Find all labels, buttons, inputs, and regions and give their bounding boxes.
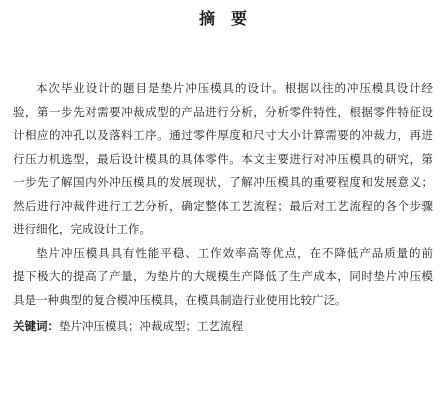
keywords-label: 关键词： <box>13 321 59 333</box>
page-content: 摘 要 本次毕业设计的题目是垫片冲压模具的设计。根据以往的冲压模具设计经 验，第… <box>0 0 446 340</box>
abstract-paragraph-1: 本次毕业设计的题目是垫片冲压模具的设计。根据以往的冲压模具设计经 验，第一步先对… <box>13 78 433 243</box>
keywords-line: 关键词：垫片冲压模具；冲裁成型；工艺流程 <box>13 316 433 340</box>
abstract-body: 本次毕业设计的题目是垫片冲压模具的设计。根据以往的冲压模具设计经 验，第一步先对… <box>13 78 433 340</box>
paragraph-line: 验，第一步先对需要冲裁成型的产品进行分析，分析零件特性，根据零件特征设 <box>13 102 433 126</box>
paragraph-line: 一步先了解国内外冲压模具的发展现状，了解冲压模具的重要程度和发展意义； <box>13 172 433 196</box>
paragraph-line: 行压力机选型，最后设计模具的具体零件。本文主要进行对冲压模具的研究，第 <box>13 149 433 173</box>
abstract-page: 摘 要 本次毕业设计的题目是垫片冲压模具的设计。根据以往的冲压模具设计经 验，第… <box>0 0 446 407</box>
paragraph-line: 提下极大的提高了产量，为垫片的大规模生产降低了生产成本，同时垫片冲压模 <box>13 266 433 290</box>
keywords-text: 垫片冲压模具；冲裁成型；工艺流程 <box>59 321 243 333</box>
paragraph-line: 进行细化，完成设计工作。 <box>13 219 433 243</box>
paragraph-line: 具是一种典型的复合模冲压模具，在模具制造行业使用比较广泛。 <box>13 290 433 314</box>
abstract-paragraph-2: 垫片冲压模具具有性能平稳、工作效率高等优点，在不降低产品质量的前 提下极大的提高… <box>13 243 433 314</box>
paragraph-line: 垫片冲压模具具有性能平稳、工作效率高等优点，在不降低产品质量的前 <box>13 243 433 267</box>
paragraph-line: 然后进行冲裁件进行工艺分析，确定整体工艺流程；最后对工艺流程的各个步骤 <box>13 196 433 220</box>
paragraph-line: 计相应的冲孔以及落料工序。通过零件厚度和尺寸大小计算需要的冲裁力，再进 <box>13 125 433 149</box>
paragraph-line: 本次毕业设计的题目是垫片冲压模具的设计。根据以往的冲压模具设计经 <box>13 78 433 102</box>
page-title: 摘 要 <box>13 0 433 30</box>
